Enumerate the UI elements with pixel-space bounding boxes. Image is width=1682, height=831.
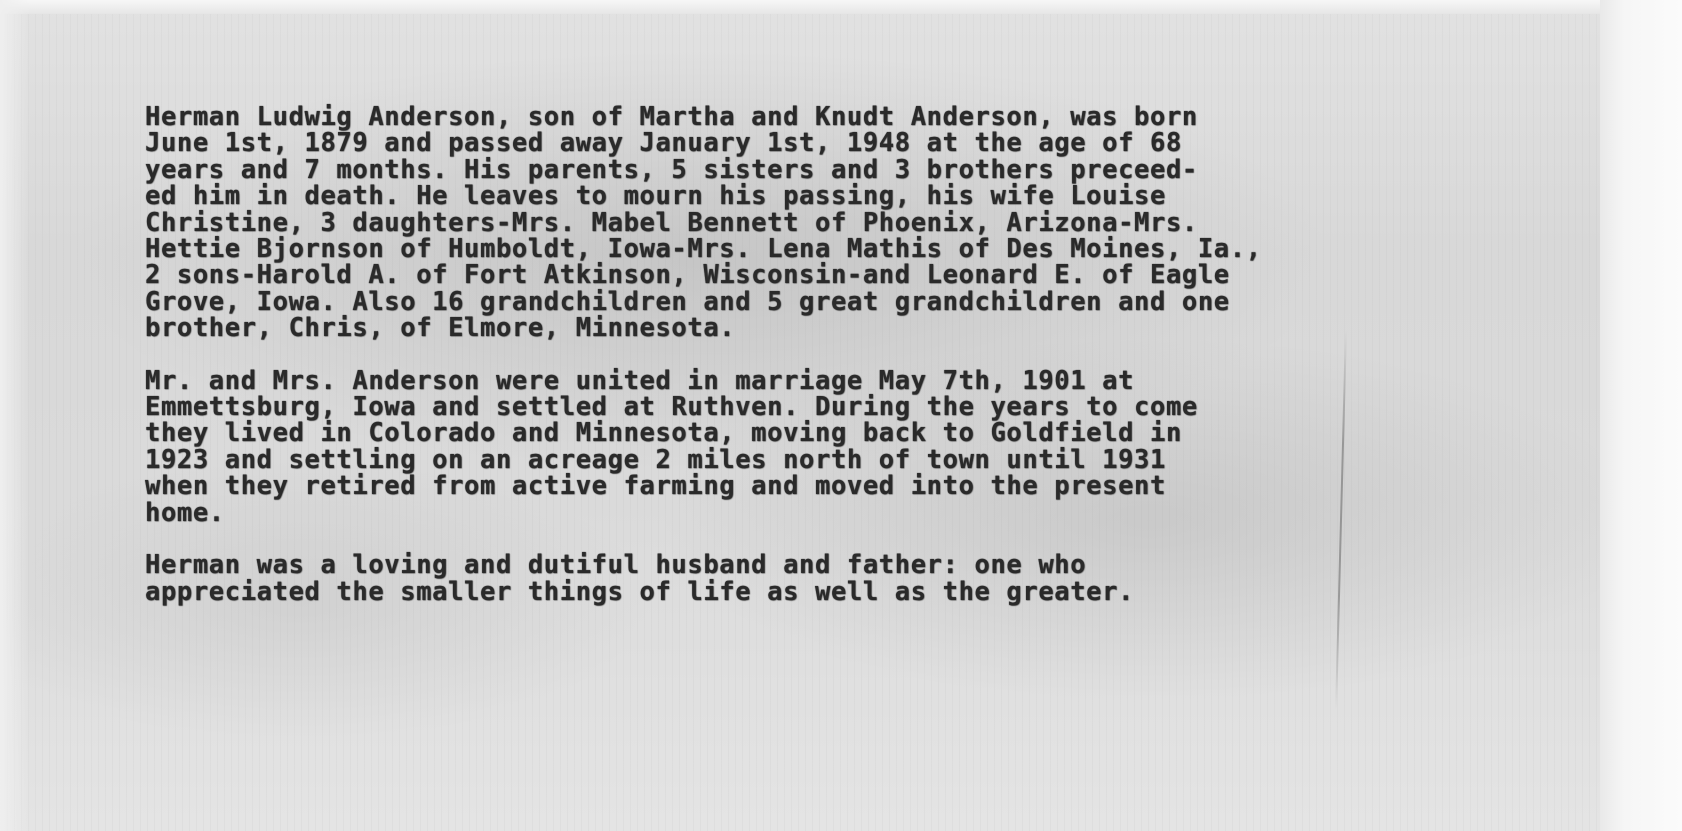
text-line: Herman Ludwig Anderson, son of Martha an…	[145, 104, 1565, 130]
text-line: Hettie Bjornson of Humboldt, Iowa-Mrs. L…	[145, 236, 1565, 262]
text-line: when they retired from active farming an…	[145, 473, 1565, 499]
text-line: June 1st, 1879 and passed away January 1…	[145, 130, 1565, 156]
text-line: Christine, 3 daughters-Mrs. Mabel Bennet…	[145, 210, 1565, 236]
text-line: they lived in Colorado and Minnesota, mo…	[145, 420, 1565, 446]
text-line: Emmettsburg, Iowa and settled at Ruthven…	[145, 394, 1565, 420]
text-line: years and 7 months. His parents, 5 siste…	[145, 157, 1565, 183]
text-line: brother, Chris, of Elmore, Minnesota.	[145, 315, 1565, 341]
text-line: home.	[145, 500, 1565, 526]
scan-right-edge	[1600, 0, 1682, 831]
text-line: ed him in death. He leaves to mourn his …	[145, 183, 1565, 209]
text-line: appreciated the smaller things of life a…	[145, 579, 1565, 605]
paragraph-biography: Herman Ludwig Anderson, son of Martha an…	[145, 104, 1565, 342]
obituary-document: Herman Ludwig Anderson, son of Martha an…	[145, 104, 1565, 631]
text-line: 2 sons-Harold A. of Fort Atkinson, Wisco…	[145, 262, 1565, 288]
paragraph-tribute: Herman was a loving and dutiful husband …	[145, 552, 1565, 605]
text-line: Grove, Iowa. Also 16 grandchildren and 5…	[145, 289, 1565, 315]
text-line: Herman was a loving and dutiful husband …	[145, 552, 1565, 578]
paragraph-marriage: Mr. and Mrs. Anderson were united in mar…	[145, 368, 1565, 526]
text-line: 1923 and settling on an acreage 2 miles …	[145, 447, 1565, 473]
scan-top-edge	[0, 0, 1682, 14]
text-line: Mr. and Mrs. Anderson were united in mar…	[145, 368, 1565, 394]
scan-left-edge	[0, 0, 30, 831]
